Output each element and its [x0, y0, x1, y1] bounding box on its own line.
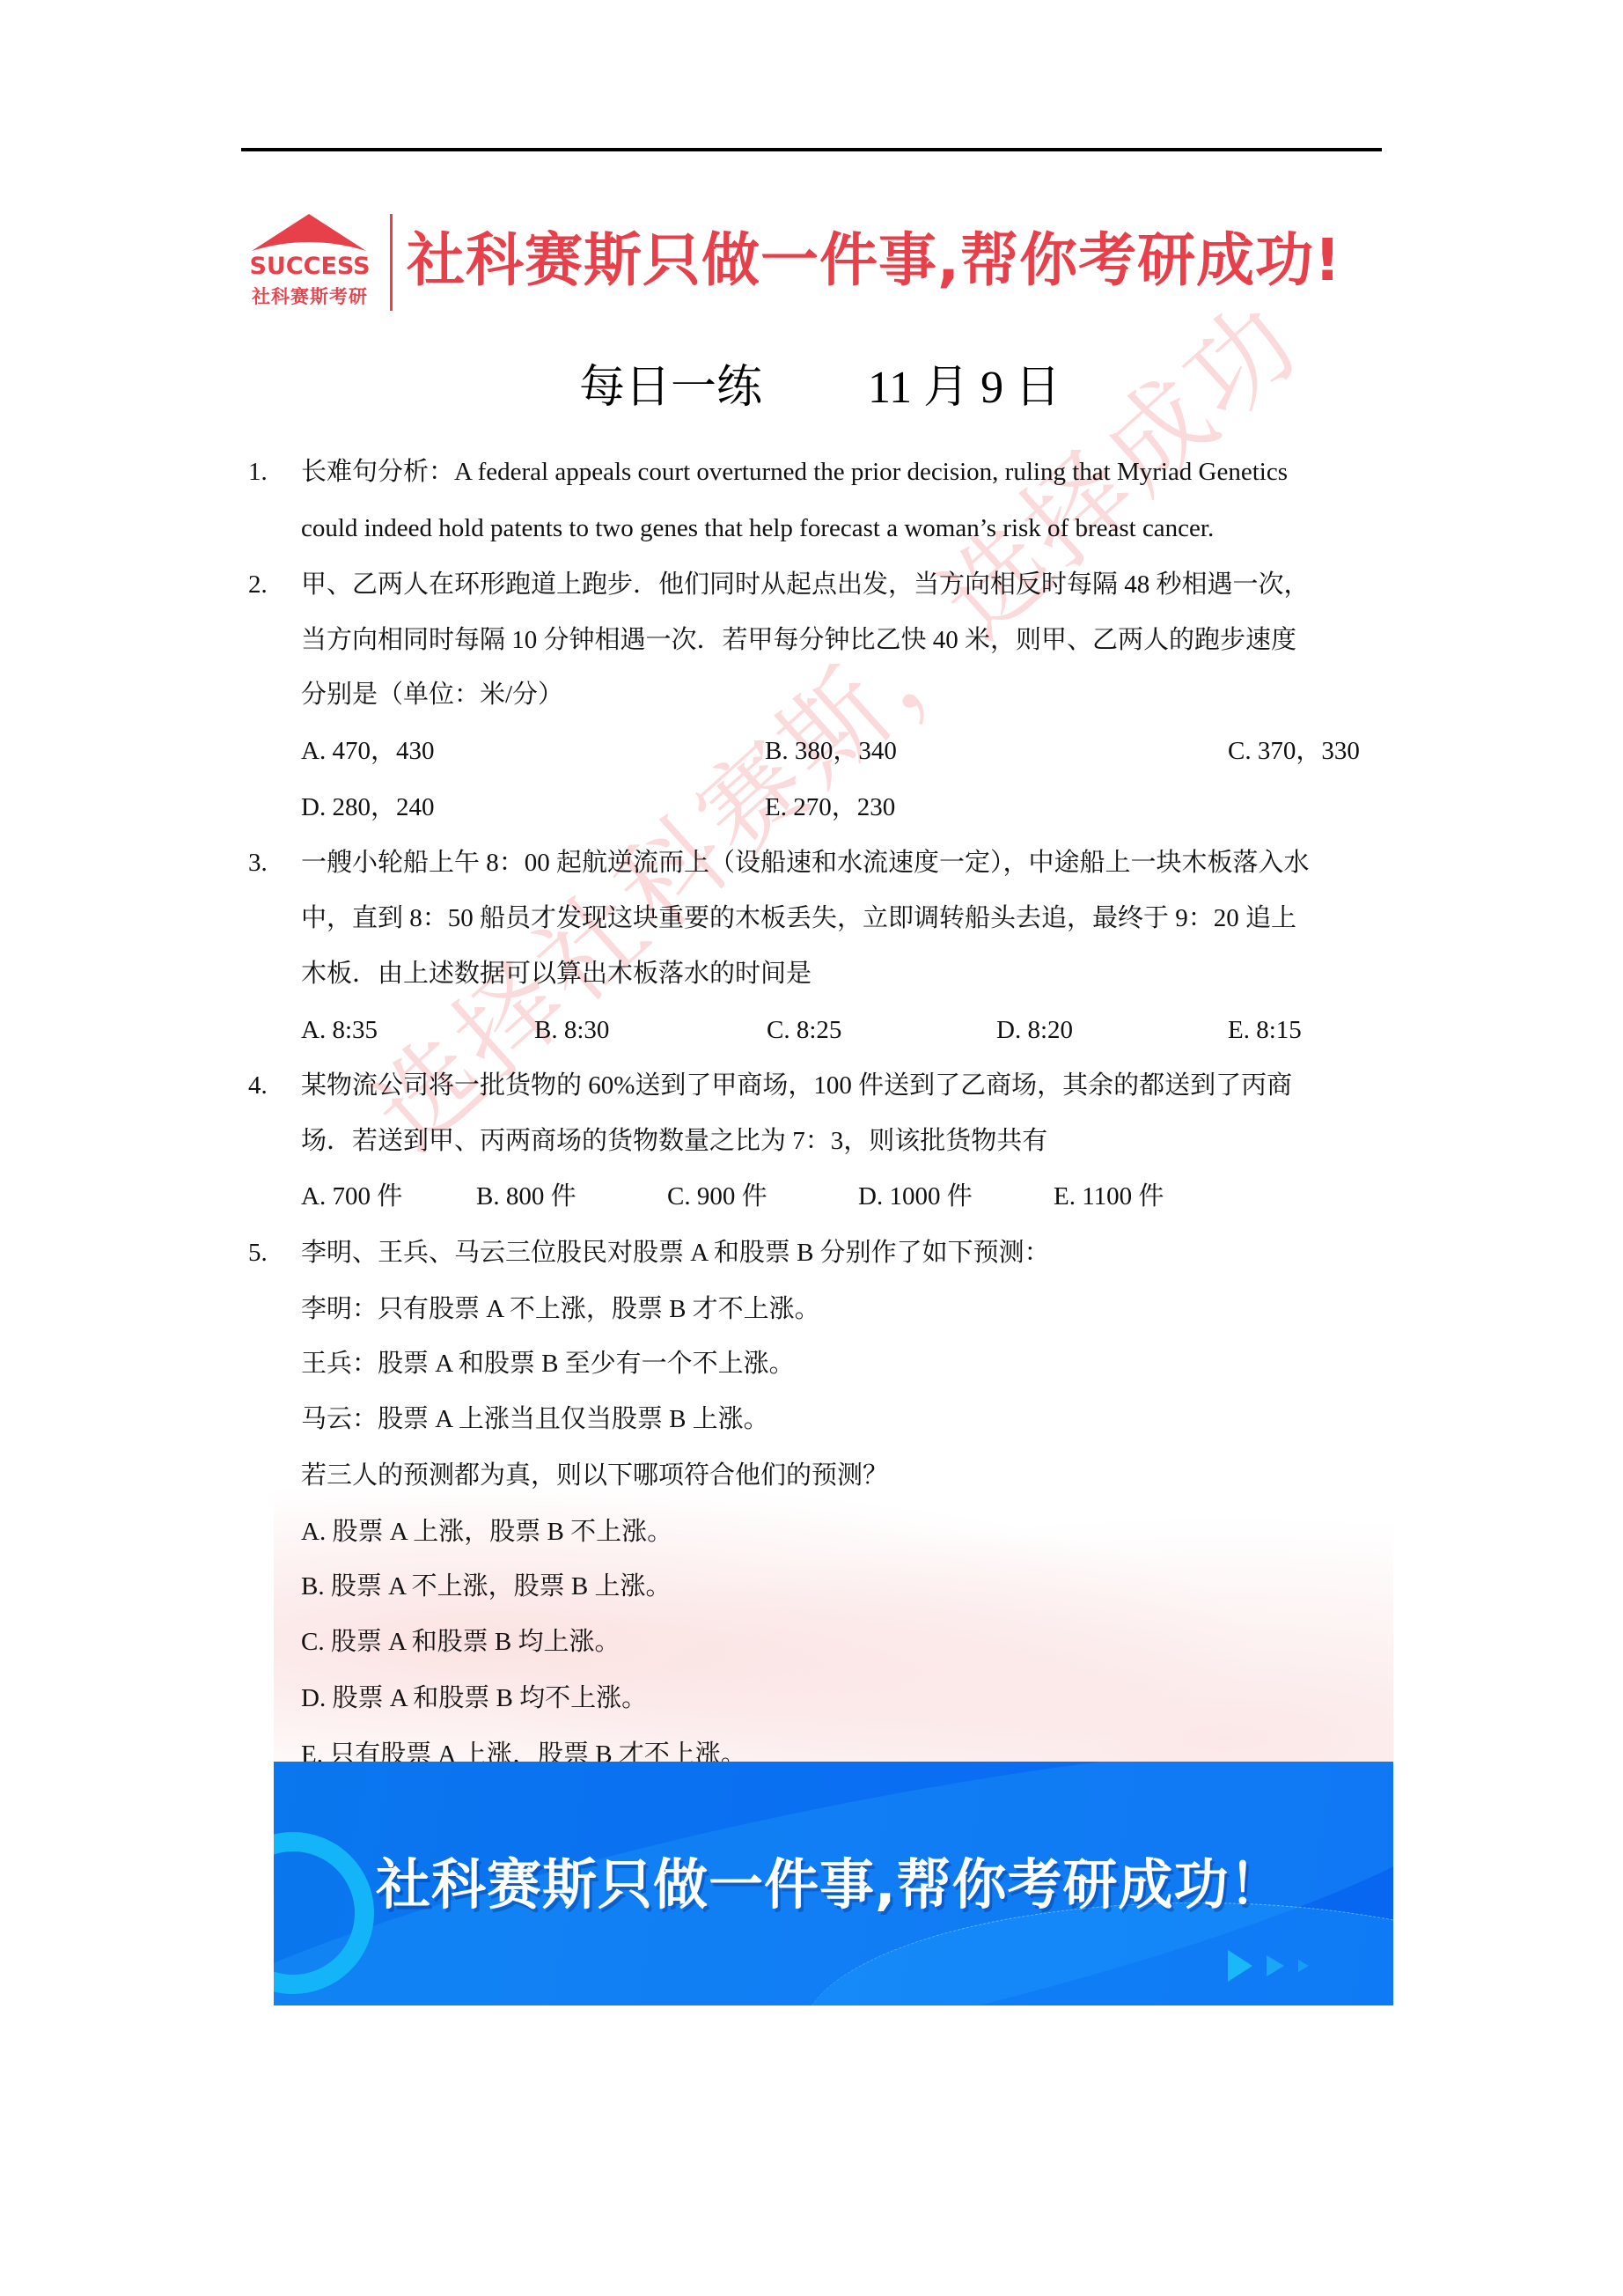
question-number: 3. [248, 845, 268, 880]
option-c: C. 8:25 [767, 1012, 841, 1048]
title-date: 11 月 9 日 [868, 363, 1061, 413]
background-wash [274, 1453, 1393, 1770]
option-e: E. 1100 件 [1054, 1179, 1164, 1214]
option-a: A. 股票 A 上涨，股票 B 不上涨。 [301, 1514, 672, 1549]
play-arrows-icon [1228, 1946, 1333, 1985]
option-b: B. 800 件 [476, 1179, 576, 1214]
option-e: E. 8:15 [1228, 1012, 1302, 1048]
logo-text-cn: 社科赛斯考研 [246, 283, 373, 309]
question-line: 场．若送到甲、丙两商场的货物数量之比为 7：3，则该批货物共有 [301, 1123, 1047, 1159]
question-line: 李明、王兵、马云三位股民对股票 A 和股票 B 分别作了如下预测： [301, 1235, 1050, 1270]
option-e: E. 270，230 [765, 790, 895, 825]
question-line: 甲、乙两人在环形跑道上跑步．他们同时从起点出发，当方向相反时每隔 48 秒相遇一… [301, 567, 1310, 602]
header-slogan: 社科赛斯只做一件事,帮你考研成功! [407, 225, 1341, 296]
roof-triangle-icon [252, 214, 366, 254]
option-a: A. 8:35 [301, 1012, 378, 1048]
question-number: 2. [248, 567, 268, 602]
question-line: 马云：股票 A 上涨当且仅当股票 B 上涨。 [301, 1402, 769, 1437]
question-line: 中，直到 8：50 船员才发现这块重要的木板丢失，立即调转船头去追，最终于 9：… [301, 901, 1296, 936]
question-line: 一艘小轮船上午 8：00 起航逆流而上（设船速和水流速度一定），中途船上一块木板… [301, 845, 1310, 880]
question-line: 长难句分析：A federal appeals court overturned… [301, 454, 1288, 489]
option-a: A. 470，430 [301, 733, 434, 769]
option-d: D. 280，240 [301, 790, 434, 825]
question-line: 分别是（单位：米/分） [301, 677, 563, 712]
option-c: C. 900 件 [667, 1179, 767, 1214]
option-c: C. 370，330 [1228, 733, 1360, 769]
question-number: 4. [248, 1068, 268, 1103]
option-d: D. 8:20 [996, 1012, 1073, 1048]
question-line: could indeed hold patents to two genes t… [301, 511, 1214, 546]
question-line: 某物流公司将一批货物的 60%送到了甲商场，100 件送到了乙商场，其余的都送到… [301, 1068, 1292, 1103]
option-b: B. 股票 A 不上涨，股票 B 上涨。 [301, 1569, 672, 1604]
question-line: 当方向相同时每隔 10 分钟相遇一次．若甲每分钟比乙快 40 米，则甲、乙两人的… [301, 622, 1296, 658]
question-line: 李明：只有股票 A 不上涨，股票 B 才不上涨。 [301, 1291, 820, 1327]
banner-slogan: 社科赛斯只做一件事,帮你考研成功！ [376, 1850, 1285, 1920]
option-b: B. 8:30 [534, 1012, 609, 1048]
question-line: 若三人的预测都为真，则以下哪项符合他们的预测？ [301, 1458, 888, 1493]
footer-banner: 社科赛斯只做一件事,帮你考研成功！ [274, 1762, 1393, 2005]
question-line: 木板．由上述数据可以算出木板落水的时间是 [301, 956, 811, 991]
question-number: 1. [248, 454, 268, 489]
logo-divider [390, 214, 393, 311]
option-a: A. 700 件 [301, 1179, 402, 1214]
option-c: C. 股票 A 和股票 B 均上涨。 [301, 1624, 621, 1659]
page-title: 每日一练11 月 9 日 [579, 357, 1061, 419]
question-number: 5. [248, 1235, 268, 1270]
header-rule [241, 148, 1382, 151]
question-line: 王兵：股票 A 和股票 B 至少有一个不上涨。 [301, 1346, 795, 1381]
option-b: B. 380，340 [765, 733, 897, 769]
title-label: 每日一练 [579, 361, 762, 414]
logo-text-en: SUCCESS [248, 253, 371, 280]
option-d: D. 1000 件 [858, 1179, 973, 1214]
success-logo: SUCCESS 社科赛斯考研 [245, 214, 377, 311]
option-d: D. 股票 A 和股票 B 均不上涨。 [301, 1681, 647, 1716]
